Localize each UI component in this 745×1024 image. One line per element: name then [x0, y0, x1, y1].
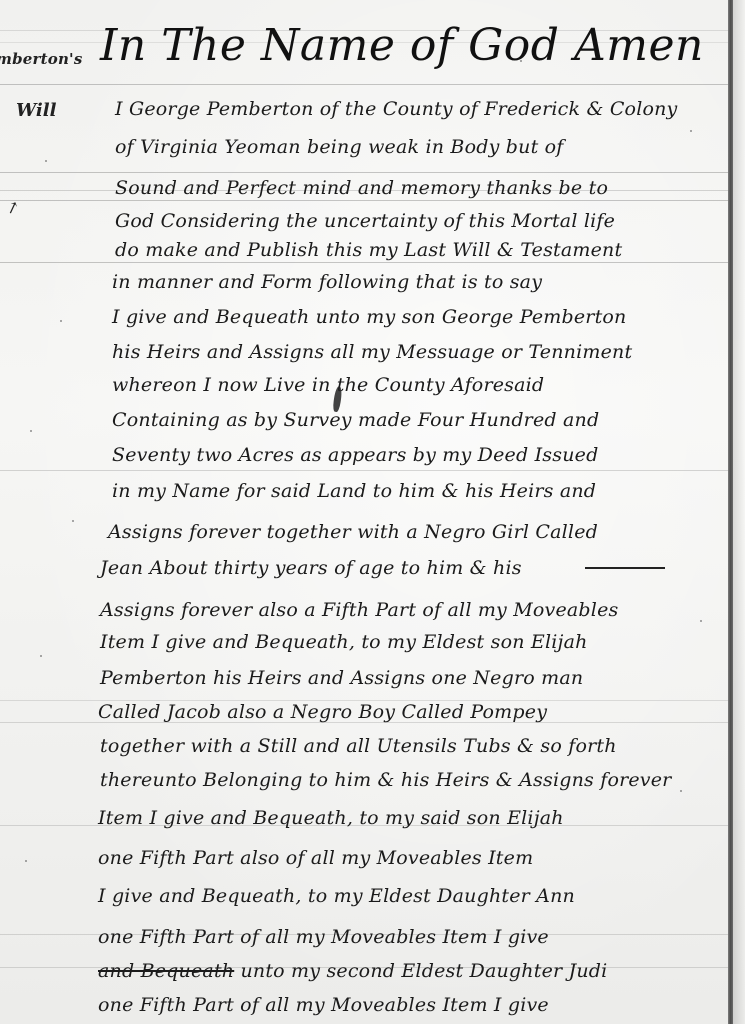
scan-speck — [690, 130, 692, 132]
text-line-12: in my Name for said Land to him & his He… — [112, 479, 596, 503]
text-line-21: Item I give and Bequeath, to my said son… — [98, 806, 564, 830]
scan-speck — [40, 655, 42, 657]
scan-speck — [700, 620, 702, 622]
text-line-22: one Fifth Part also of all my Moveables … — [98, 846, 533, 870]
ruled-line — [0, 262, 728, 263]
text-line-4: God Considering the uncertainty of this … — [115, 209, 615, 233]
document-title: In The Name of God Amen — [100, 18, 704, 74]
ruled-line — [0, 470, 728, 471]
ruled-line — [0, 172, 728, 173]
text-line-25-struck: and Bequeath unto my second Eldest Daugh… — [98, 959, 607, 983]
text-line-14: Jean About thirty years of age to him & … — [100, 556, 522, 580]
text-line-26: one Fifth Part of all my Moveables Item … — [98, 993, 549, 1017]
text-line-19: together with a Still and all Utensils T… — [100, 734, 617, 758]
scan-speck — [680, 790, 682, 792]
ruled-line — [0, 84, 728, 85]
ruled-line — [0, 200, 728, 201]
text-line-25: unto my second Eldest Daughter Judi — [240, 960, 607, 982]
margin-note-name: mberton's — [0, 50, 82, 68]
text-line-10: Containing as by Survey made Four Hundre… — [112, 408, 599, 432]
scan-speck — [25, 860, 27, 862]
scan-speck — [520, 60, 522, 62]
text-line-17: Pemberton his Heirs and Assigns one Negr… — [100, 666, 583, 690]
text-line-18: Called Jacob also a Negro Boy Called Pom… — [98, 700, 547, 724]
text-line-9: whereon I now Live in the County Aforesa… — [112, 373, 544, 397]
scan-speck — [45, 160, 47, 162]
scan-speck — [60, 320, 62, 322]
page-binding-shadow — [733, 0, 745, 1024]
text-line-20: thereunto Belonging to him & his Heirs &… — [100, 768, 671, 792]
text-line-24: one Fifth Part of all my Moveables Item … — [98, 925, 549, 949]
margin-note-will: Will — [16, 100, 56, 121]
text-line-2: of Virginia Yeoman being weak in Body bu… — [115, 135, 564, 159]
text-line-15: Assigns forever also a Fifth Part of all… — [100, 598, 618, 622]
text-line-13: Assigns forever together with a Negro Gi… — [108, 520, 598, 544]
text-line-1: I George Pemberton of the County of Fred… — [115, 97, 678, 121]
text-line-3: Sound and Perfect mind and memory thanks… — [115, 176, 608, 200]
text-line-6: in manner and Form following that is to … — [112, 270, 542, 294]
scan-speck — [72, 520, 74, 522]
line-filler-dash — [585, 567, 665, 569]
text-line-8: his Heirs and Assigns all my Messuage or… — [112, 340, 632, 364]
scan-speck — [30, 430, 32, 432]
text-line-16: Item I give and Bequeath, to my Eldest s… — [100, 630, 588, 654]
text-line-7: I give and Bequeath unto my son George P… — [112, 305, 626, 329]
struck-text: and Bequeath — [98, 960, 234, 982]
text-line-11: Seventy two Acres as appears by my Deed … — [112, 443, 598, 467]
text-line-23: I give and Bequeath, to my Eldest Daught… — [98, 884, 575, 908]
text-line-5: do make and Publish this my Last Will & … — [115, 238, 622, 262]
document-page: mberton's Will ↗ In The Name of God Amen… — [0, 0, 745, 1024]
